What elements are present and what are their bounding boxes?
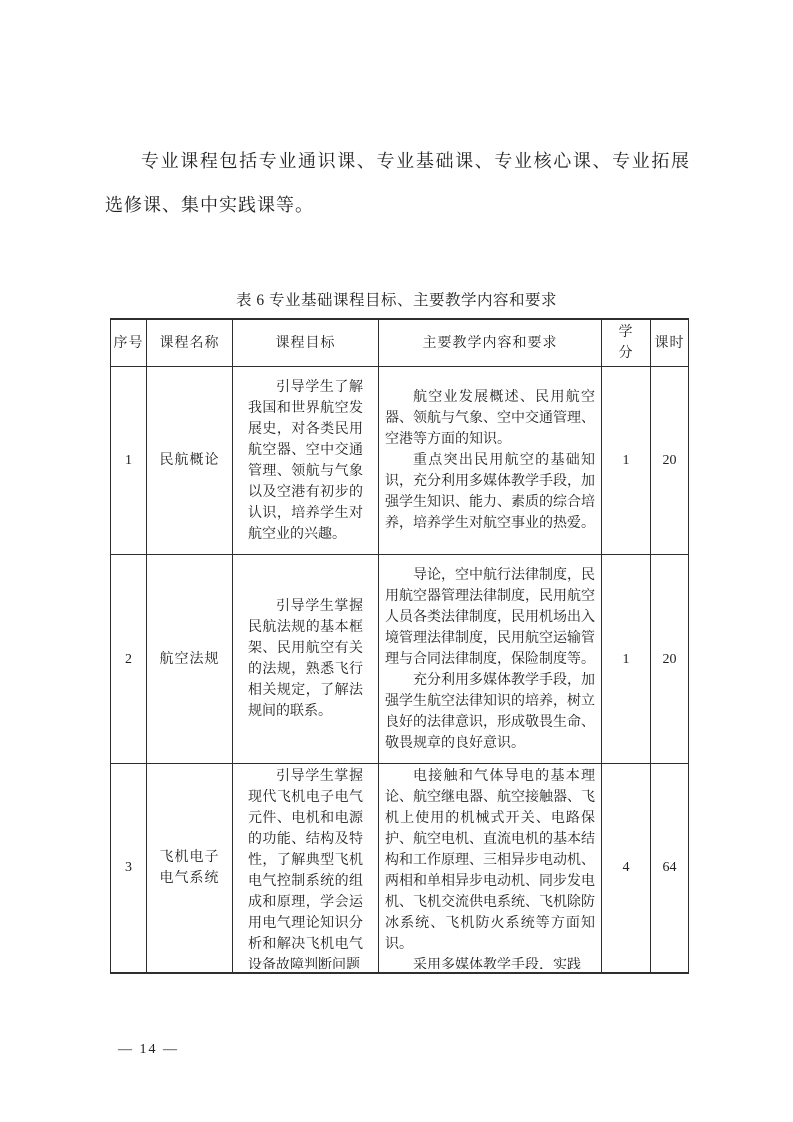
- content-paragraph-2: 重点突出民用航空的基础知识，充分利用多媒体教学手段，加强学生知识、能力、素质的综…: [385, 450, 595, 534]
- course-table: 序号 课程名称 课程目标 主要教学内容和要求 学分 课时 1 民航概论 引导学生…: [110, 318, 689, 974]
- course-goal-text: 引导学生掌握现代飞机电子电气元件、电机和电源的功能、结构及特性，了解典型飞机电气…: [248, 766, 363, 969]
- table-row-minhang-gailun: 1 民航概论 引导学生了解我国和世界航空发展史，对各类民用航空器、空中交通管理、…: [111, 367, 689, 555]
- course-goal-text: 引导学生掌握民航法规的基本框架、民用航空有关的法规，熟悉飞行相关规定，了解法规间…: [248, 596, 363, 722]
- table-title: 表 6 专业基础课程目标、主要教学内容和要求: [0, 288, 793, 310]
- goal-paragraph: 引导学生了解我国和世界航空发展史，对各类民用航空器、空中交通管理、领航与气象以及…: [248, 377, 363, 545]
- content-paragraph-2: 采用多媒体教学手段，实践: [385, 955, 595, 969]
- cell-teaching-content: 电接触和气体导电的基本理论、航空继电器、航空接触器、飞机上使用的机械式开关、电路…: [379, 764, 602, 973]
- teaching-content-text: 导论，空中航行法律制度，民用航空器管理法律制度，民用航空人员各类法律制度，民用机…: [385, 565, 595, 754]
- cell-credits: 1: [602, 367, 651, 555]
- cell-hours: 64: [651, 764, 689, 973]
- cell-hours: 20: [651, 555, 689, 764]
- header-index: 序号: [111, 319, 147, 367]
- cell-index: 1: [111, 367, 147, 555]
- cell-teaching-content: 导论，空中航行法律制度，民用航空器管理法律制度，民用航空人员各类法律制度，民用机…: [379, 555, 602, 764]
- content-paragraph-1: 电接触和气体导电的基本理论、航空继电器、航空接触器、飞机上使用的机械式开关、电路…: [385, 766, 595, 955]
- cell-index: 3: [111, 764, 147, 973]
- content-paragraph-1: 航空业发展概述、民用航空器、领航与气象、空中交通管理、空港等方面的知识。: [385, 387, 595, 450]
- cell-hours: 20: [651, 367, 689, 555]
- header-course-name: 课程名称: [147, 319, 233, 367]
- cell-course-goal: 引导学生掌握现代飞机电子电气元件、电机和电源的功能、结构及特性，了解典型飞机电气…: [233, 764, 379, 973]
- cell-credits: 1: [602, 555, 651, 764]
- header-hours: 课时: [651, 319, 689, 367]
- content-paragraph-2: 充分利用多媒体教学手段，加强学生航空法律知识的培养，树立良好的法律意识，形成敬畏…: [385, 670, 595, 754]
- cell-teaching-content: 航空业发展概述、民用航空器、领航与气象、空中交通管理、空港等方面的知识。 重点突…: [379, 367, 602, 555]
- intro-paragraph: 专业课程包括专业通识课、专业基础课、专业核心课、专业拓展选修课、集中实践课等。: [105, 139, 690, 227]
- content-paragraph-1: 导论，空中航行法律制度，民用航空器管理法律制度，民用航空人员各类法律制度，民用机…: [385, 565, 595, 670]
- page-number: — 14 —: [118, 1042, 179, 1058]
- cell-index: 2: [111, 555, 147, 764]
- cell-course-name: 民航概论: [147, 367, 233, 555]
- table-row-hangkong-fagui: 2 航空法规 引导学生掌握民航法规的基本框架、民用航空有关的法规，熟悉飞行相关规…: [111, 555, 689, 764]
- cell-course-goal: 引导学生了解我国和世界航空发展史，对各类民用航空器、空中交通管理、领航与气象以及…: [233, 367, 379, 555]
- cell-course-goal: 引导学生掌握民航法规的基本框架、民用航空有关的法规，熟悉飞行相关规定，了解法规间…: [233, 555, 379, 764]
- cell-course-name: 航空法规: [147, 555, 233, 764]
- document-page: 专业课程包括专业通识课、专业基础课、专业核心课、专业拓展选修课、集中实践课等。 …: [0, 0, 793, 1122]
- cell-course-name: 飞机电子电气系统: [147, 764, 233, 973]
- header-teaching-content: 主要教学内容和要求: [379, 319, 602, 367]
- goal-paragraph: 引导学生掌握现代飞机电子电气元件、电机和电源的功能、结构及特性，了解典型飞机电气…: [248, 766, 363, 969]
- cell-credits: 4: [602, 764, 651, 973]
- table-row-feiji-dianzi-dianqi: 3 飞机电子电气系统 引导学生掌握现代飞机电子电气元件、电机和电源的功能、结构及…: [111, 764, 689, 973]
- header-credits: 学分: [602, 319, 651, 367]
- header-course-goal: 课程目标: [233, 319, 379, 367]
- teaching-content-text: 航空业发展概述、民用航空器、领航与气象、空中交通管理、空港等方面的知识。 重点突…: [385, 387, 595, 534]
- course-goal-text: 引导学生了解我国和世界航空发展史，对各类民用航空器、空中交通管理、领航与气象以及…: [248, 377, 363, 545]
- goal-paragraph: 引导学生掌握民航法规的基本框架、民用航空有关的法规，熟悉飞行相关规定，了解法规间…: [248, 596, 363, 722]
- table-header-row: 序号 课程名称 课程目标 主要教学内容和要求 学分 课时: [111, 319, 689, 367]
- teaching-content-text: 电接触和气体导电的基本理论、航空继电器、航空接触器、飞机上使用的机械式开关、电路…: [385, 766, 595, 969]
